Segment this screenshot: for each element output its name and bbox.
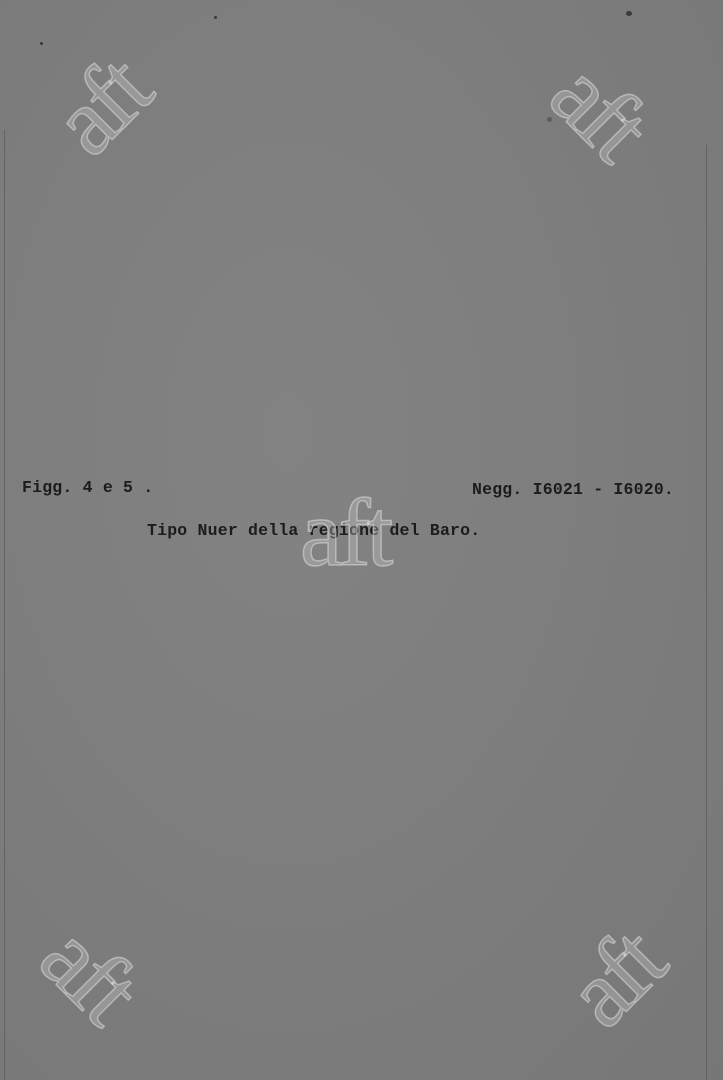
left-edge-line <box>4 130 5 1080</box>
watermark-top-left: aft <box>35 41 166 172</box>
right-edge-line <box>706 145 707 1080</box>
watermark-bottom-right: aft <box>549 913 680 1044</box>
negative-reference: Negg. I6021 - I6020. <box>472 480 674 499</box>
watermark-center: aft <box>300 485 389 581</box>
watermark-top-right: aft <box>534 45 665 176</box>
dust-speck <box>214 16 217 19</box>
figure-reference: Figg. 4 e 5 . <box>22 478 153 497</box>
watermark-bottom-left: aft <box>24 908 155 1039</box>
dust-speck <box>40 42 43 45</box>
dust-speck <box>626 11 632 16</box>
